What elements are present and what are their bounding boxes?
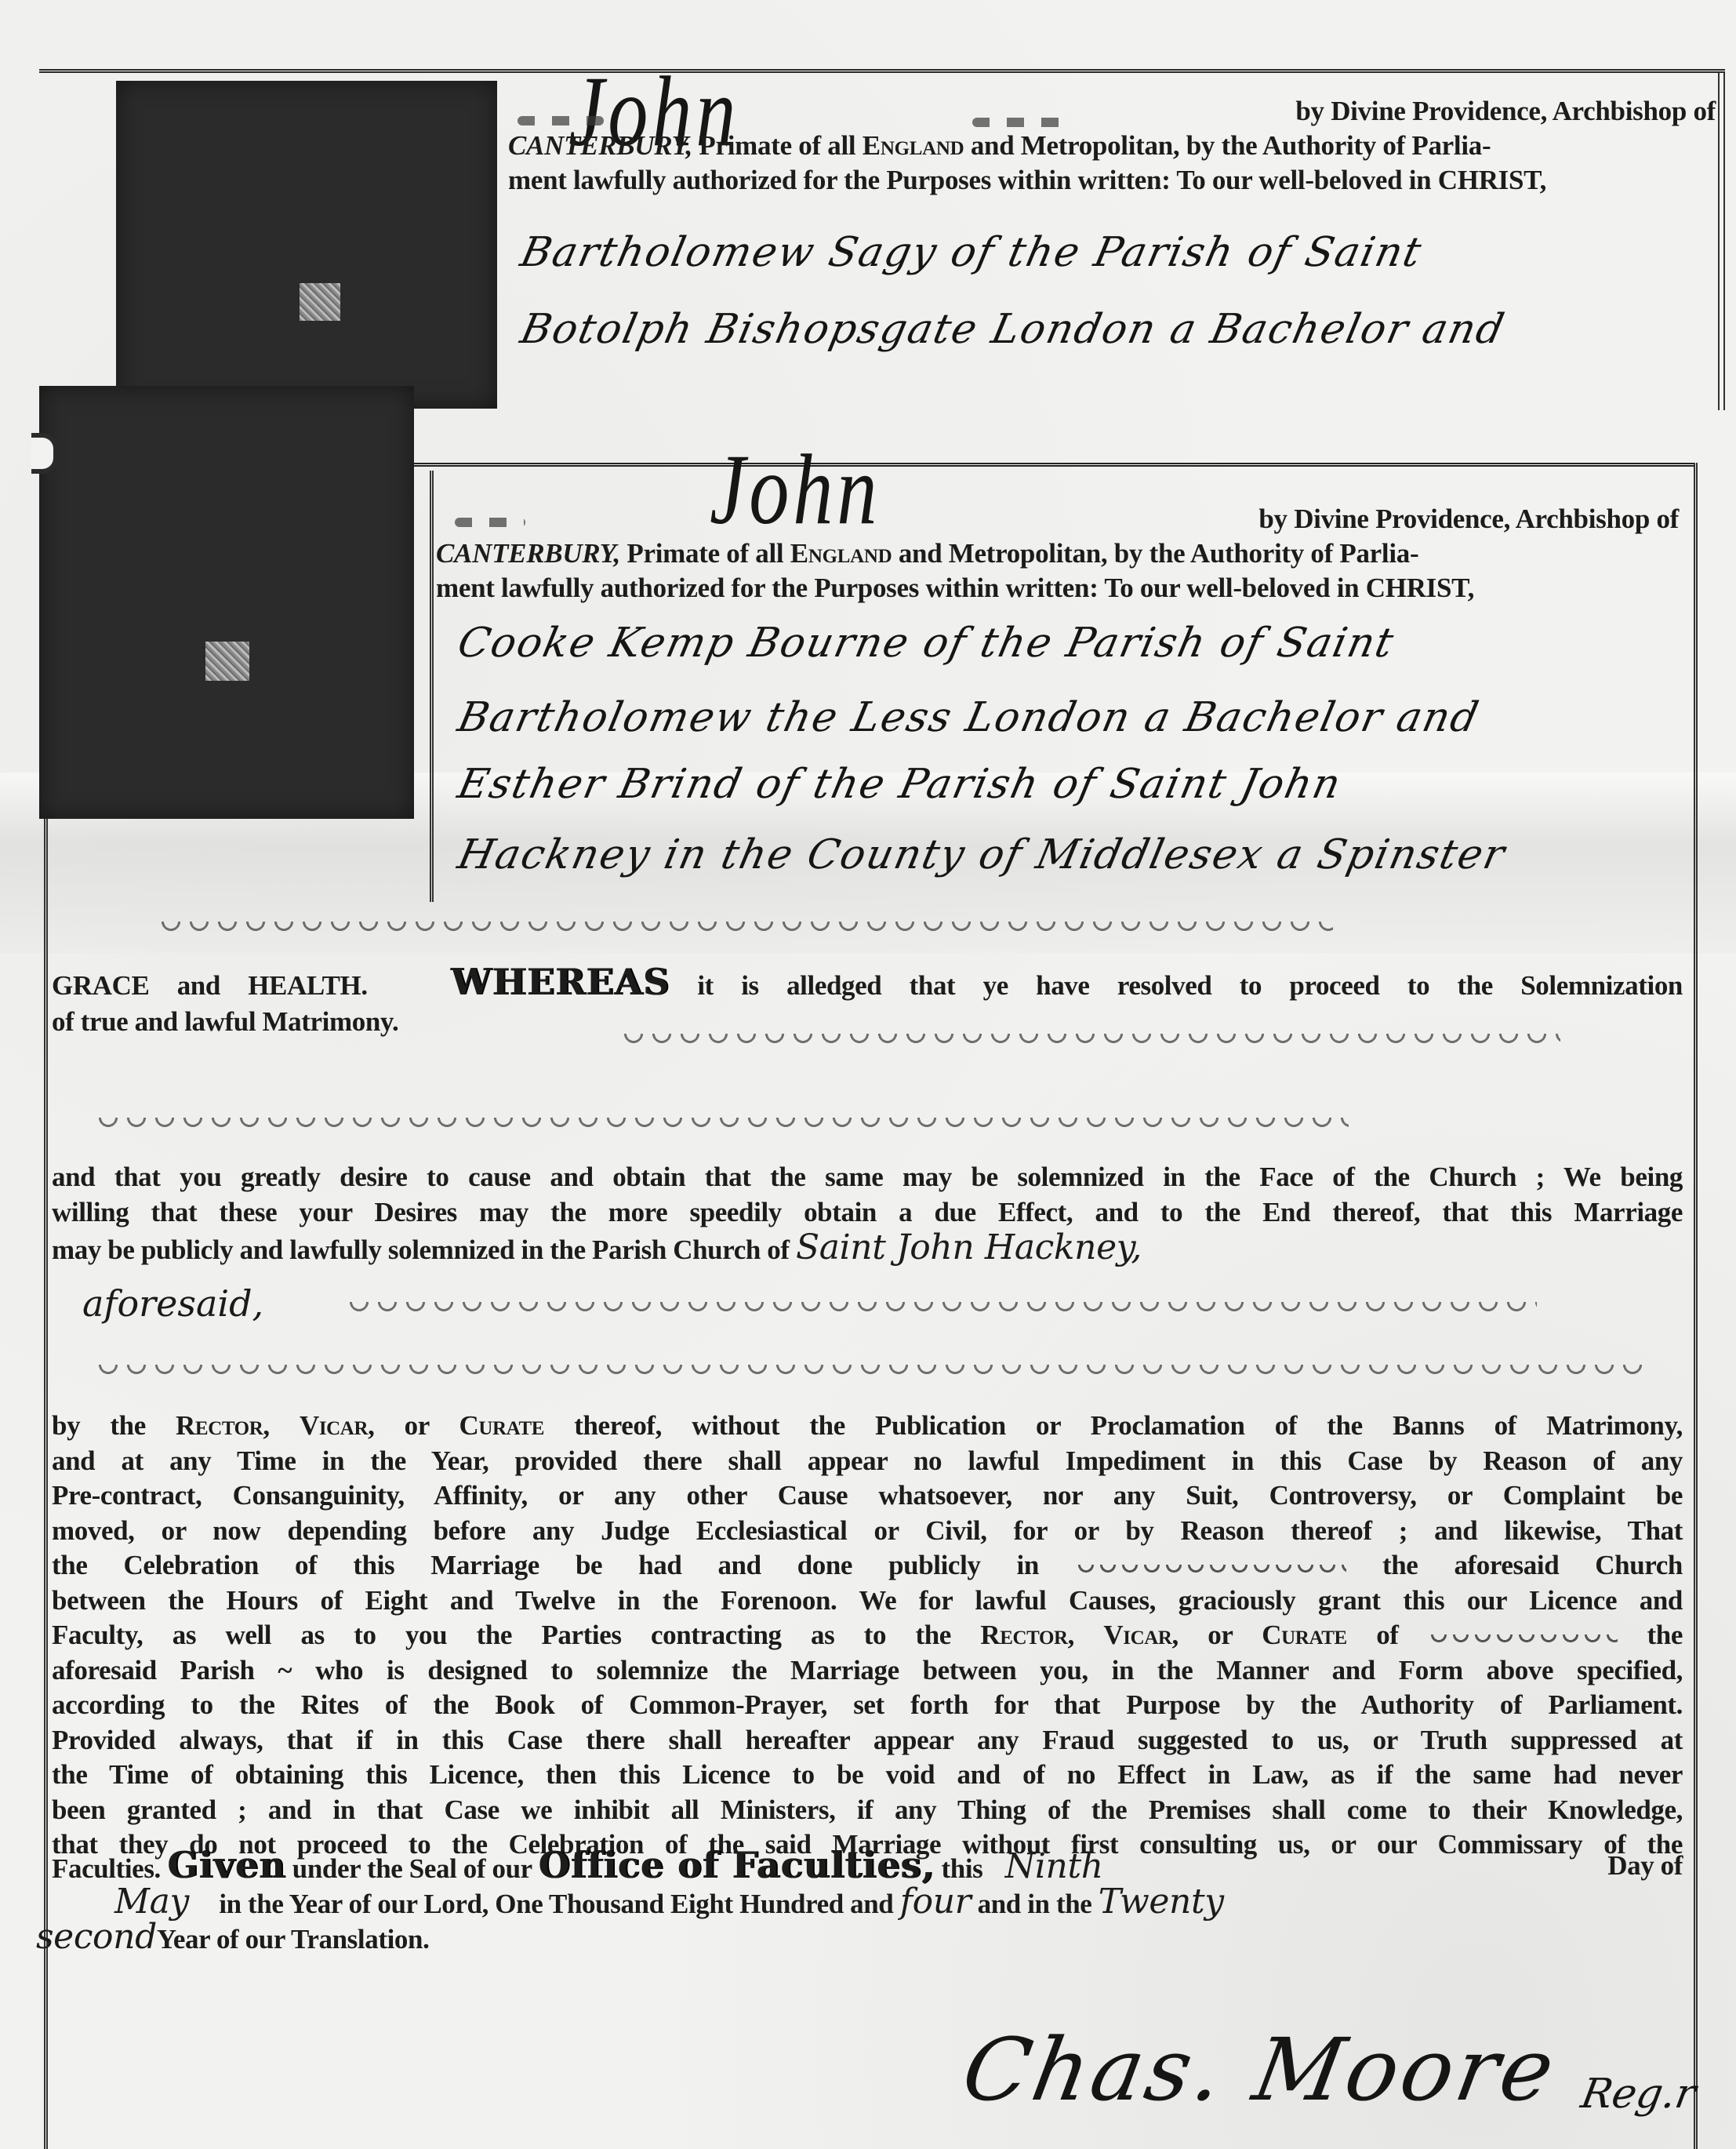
desire-line-3: may be publicly and lawfully solemnized … (52, 1230, 1683, 1267)
paragraph-text: the aforesaid Church (1346, 1550, 1683, 1580)
paragraph-text: the (1618, 1620, 1683, 1650)
aforesaid-handwritten: aforesaid, (82, 1282, 263, 1325)
office-title: Rector (176, 1410, 263, 1441)
blank-fill-flourish (345, 1302, 1537, 1314)
paragraph-text: the Celebration of this Marriage be had … (52, 1550, 1075, 1580)
back-licence-right-border (1718, 73, 1725, 410)
blank-fill-flourish (94, 1365, 1647, 1377)
england-text: England (863, 130, 964, 161)
front-handwritten-line-2: Bartholomew the Less London a Bachelor a… (454, 694, 1484, 741)
main-paragraph-line: moved, or now depending before any Judge… (52, 1513, 1683, 1548)
paragraph-text: Faculty, as well as to you the Parties c… (52, 1620, 980, 1650)
main-paragraph-line: the Celebration of this Marriage be had … (52, 1547, 1683, 1583)
translation-year-handwritten-a: Twenty (1099, 1882, 1224, 1922)
preamble-line-1: by Divine Providence, Archbishop of (436, 502, 1679, 536)
grace-and-health: GRACE and HEALTH. (52, 970, 368, 1001)
canterbury-text: CANTERBURY, (508, 130, 692, 161)
seal-tab (31, 433, 58, 474)
paragraph-text: aforesaid Parish ~ who is designed to so… (52, 1655, 1683, 1685)
back-licence-seal (116, 81, 497, 409)
day-of-text: Day of (1607, 1848, 1683, 1883)
front-handwritten-line-4: Hackney in the County of Middlesex a Spi… (454, 831, 1510, 878)
blank-fill-flourish (619, 1034, 1560, 1046)
back-handwritten-line-1: Bartholomew Sagy of the Parish of Saint (517, 229, 1427, 276)
church-handwritten: Saint John Hackney, (796, 1227, 1142, 1267)
main-paragraph-line: by the Rector, Vicar, or Curate thereof,… (52, 1408, 1683, 1443)
paragraph-text: by the (52, 1410, 176, 1441)
paragraph-text: Pre-contract, Consanguinity, Affinity, o… (52, 1480, 1683, 1511)
main-paragraph-line: Faculty, as well as to you the Parties c… (52, 1617, 1683, 1653)
paragraph-text: , or (1172, 1620, 1262, 1650)
signature-suffix: Reg.r (1578, 2071, 1699, 2118)
blank-fill-flourish (94, 1118, 1349, 1130)
paragraph-text: , (1068, 1620, 1104, 1650)
office-title: Curate (1262, 1620, 1347, 1650)
main-paragraph-line: been granted ; and in that Case we inhib… (52, 1792, 1683, 1827)
given-heading: Given (167, 1844, 285, 1886)
office-title: Vicar (1103, 1620, 1171, 1650)
blank-fill-flourish (157, 922, 1333, 934)
paragraph-text: thereof, without the Publication or Proc… (544, 1410, 1683, 1441)
faculties-word: Faculties. (52, 1853, 161, 1884)
front-handwritten-line-1: Cooke Kemp Bourne of the Parish of Saint (454, 620, 1399, 667)
preamble-line-1: by Divine Providence, Archbishop of (508, 94, 1716, 129)
given-text: under the Seal of our (285, 1853, 538, 1884)
main-paragraph-line: the Time of obtaining this Licence, then… (52, 1757, 1683, 1792)
given-line: Faculties. Given under the Seal of our O… (52, 1848, 1683, 1886)
month-handwritten: May (114, 1882, 189, 1922)
paragraph-text: , or (368, 1410, 459, 1441)
preamble-text: and Metropolitan, by the Authority of Pa… (892, 538, 1418, 569)
preamble-line-2: CANTERBURY, Primate of all England and M… (436, 536, 1679, 571)
paragraph-text: moved, or now depending before any Judge… (52, 1515, 1683, 1546)
front-licence-seal (39, 386, 414, 819)
preamble-line-2: CANTERBURY, Primate of all England and M… (508, 129, 1716, 163)
paragraph-text: been granted ; and in that Case we inhib… (52, 1794, 1683, 1825)
england-text: England (790, 538, 892, 569)
canterbury-text: CANTERBURY, (436, 538, 620, 569)
signature-name: Chas. Moore (956, 2020, 1564, 2120)
registrar-signature: Chas. Moore Reg.r (956, 2020, 1709, 2120)
translation-line: secondYear of our Translation. (52, 1919, 1683, 1957)
front-licence-top-border (414, 463, 1694, 467)
back-preamble: by Divine Providence, Archbishop of CANT… (508, 94, 1716, 198)
main-paragraph-line: aforesaid Parish ~ who is designed to so… (52, 1653, 1683, 1688)
front-licence-right-border (1694, 463, 1698, 2149)
desire-line-2: willing that these your Desires may the … (52, 1194, 1683, 1230)
grace-line-1: GRACE and HEALTH. WHEREAS it is alledged… (52, 965, 1683, 1003)
paragraph-text: between the Hours of Eight and Twelve in… (52, 1585, 1683, 1616)
front-handwritten-line-3: Esther Brind of the Parish of Saint John (454, 761, 1346, 808)
paragraph-text: , (263, 1410, 300, 1441)
seal-emboss-icon (205, 642, 249, 681)
translation-text: Year of our Translation. (157, 1924, 430, 1954)
translation-year-handwritten-b: second (36, 1917, 157, 1957)
paragraph-text: and at any Time in the Year, provided th… (52, 1445, 1683, 1476)
year-line: May in the Year of our Lord, One Thousan… (52, 1884, 1683, 1922)
office-title: Curate (459, 1410, 544, 1441)
year-text: and in the (971, 1889, 1098, 1919)
paragraph-text: the Time of obtaining this Licence, then… (52, 1759, 1683, 1790)
paragraph-text: of (1347, 1620, 1428, 1650)
paragraph-text: Provided always, that if in this Case th… (52, 1725, 1683, 1755)
given-text: this (935, 1853, 990, 1884)
year-handwritten: four (900, 1882, 972, 1922)
front-preamble: by Divine Providence, Archbishop of CANT… (436, 502, 1679, 605)
main-paragraph-line: Pre-contract, Consanguinity, Affinity, o… (52, 1478, 1683, 1513)
preamble-line-3: ment lawfully authorized for the Purpose… (436, 571, 1679, 605)
preamble-text: and Metropolitan, by the Authority of Pa… (964, 130, 1491, 161)
year-text: in the Year of our Lord, One Thousand Ei… (219, 1889, 899, 1919)
seal-emboss-icon (300, 283, 340, 321)
paragraph-text: according to the Rites of the Book of Co… (52, 1689, 1683, 1720)
whereas-heading: WHEREAS (451, 961, 670, 1003)
main-paragraph-line: and at any Time in the Year, provided th… (52, 1443, 1683, 1478)
desire-text: may be publicly and lawfully solemnized … (52, 1234, 790, 1265)
grace-text: it is alledged that ye have resolved to … (670, 970, 1683, 1001)
preamble-text: Primate of all (692, 130, 863, 161)
blank-fill-flourish (1075, 1550, 1346, 1580)
desire-line-1: and that you greatly desire to cause and… (52, 1159, 1683, 1194)
main-paragraph-line: according to the Rites of the Book of Co… (52, 1687, 1683, 1722)
office-of-faculties: Office of Faculties, (539, 1844, 935, 1886)
main-paragraph-line: between the Hours of Eight and Twelve in… (52, 1583, 1683, 1618)
main-paragraph-line: Provided always, that if in this Case th… (52, 1722, 1683, 1758)
preamble-text: Primate of all (620, 538, 790, 569)
office-title: Rector (980, 1620, 1067, 1650)
preamble-line-3: ment lawfully authorized for the Purpose… (508, 163, 1716, 198)
blank-fill-flourish (1428, 1620, 1618, 1650)
back-handwritten-line-2: Botolph Bishopsgate London a Bachelor an… (517, 306, 1509, 353)
office-title: Vicar (300, 1410, 368, 1441)
day-handwritten: Ninth (1005, 1846, 1103, 1886)
